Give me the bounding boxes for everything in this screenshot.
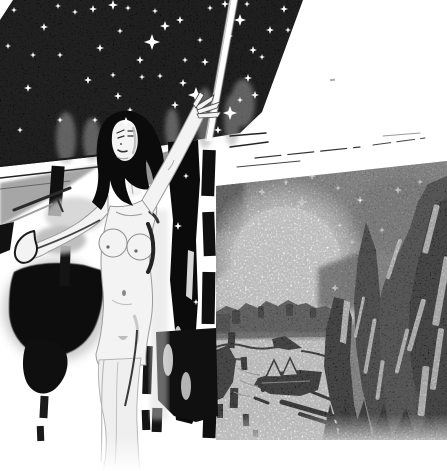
window-view <box>201 158 447 442</box>
window-grain-light <box>216 158 447 442</box>
leg-fade <box>90 436 148 471</box>
pulp-illustration <box>0 0 447 471</box>
face <box>112 120 138 161</box>
illustration-canvas <box>0 0 447 471</box>
navel <box>122 290 126 296</box>
